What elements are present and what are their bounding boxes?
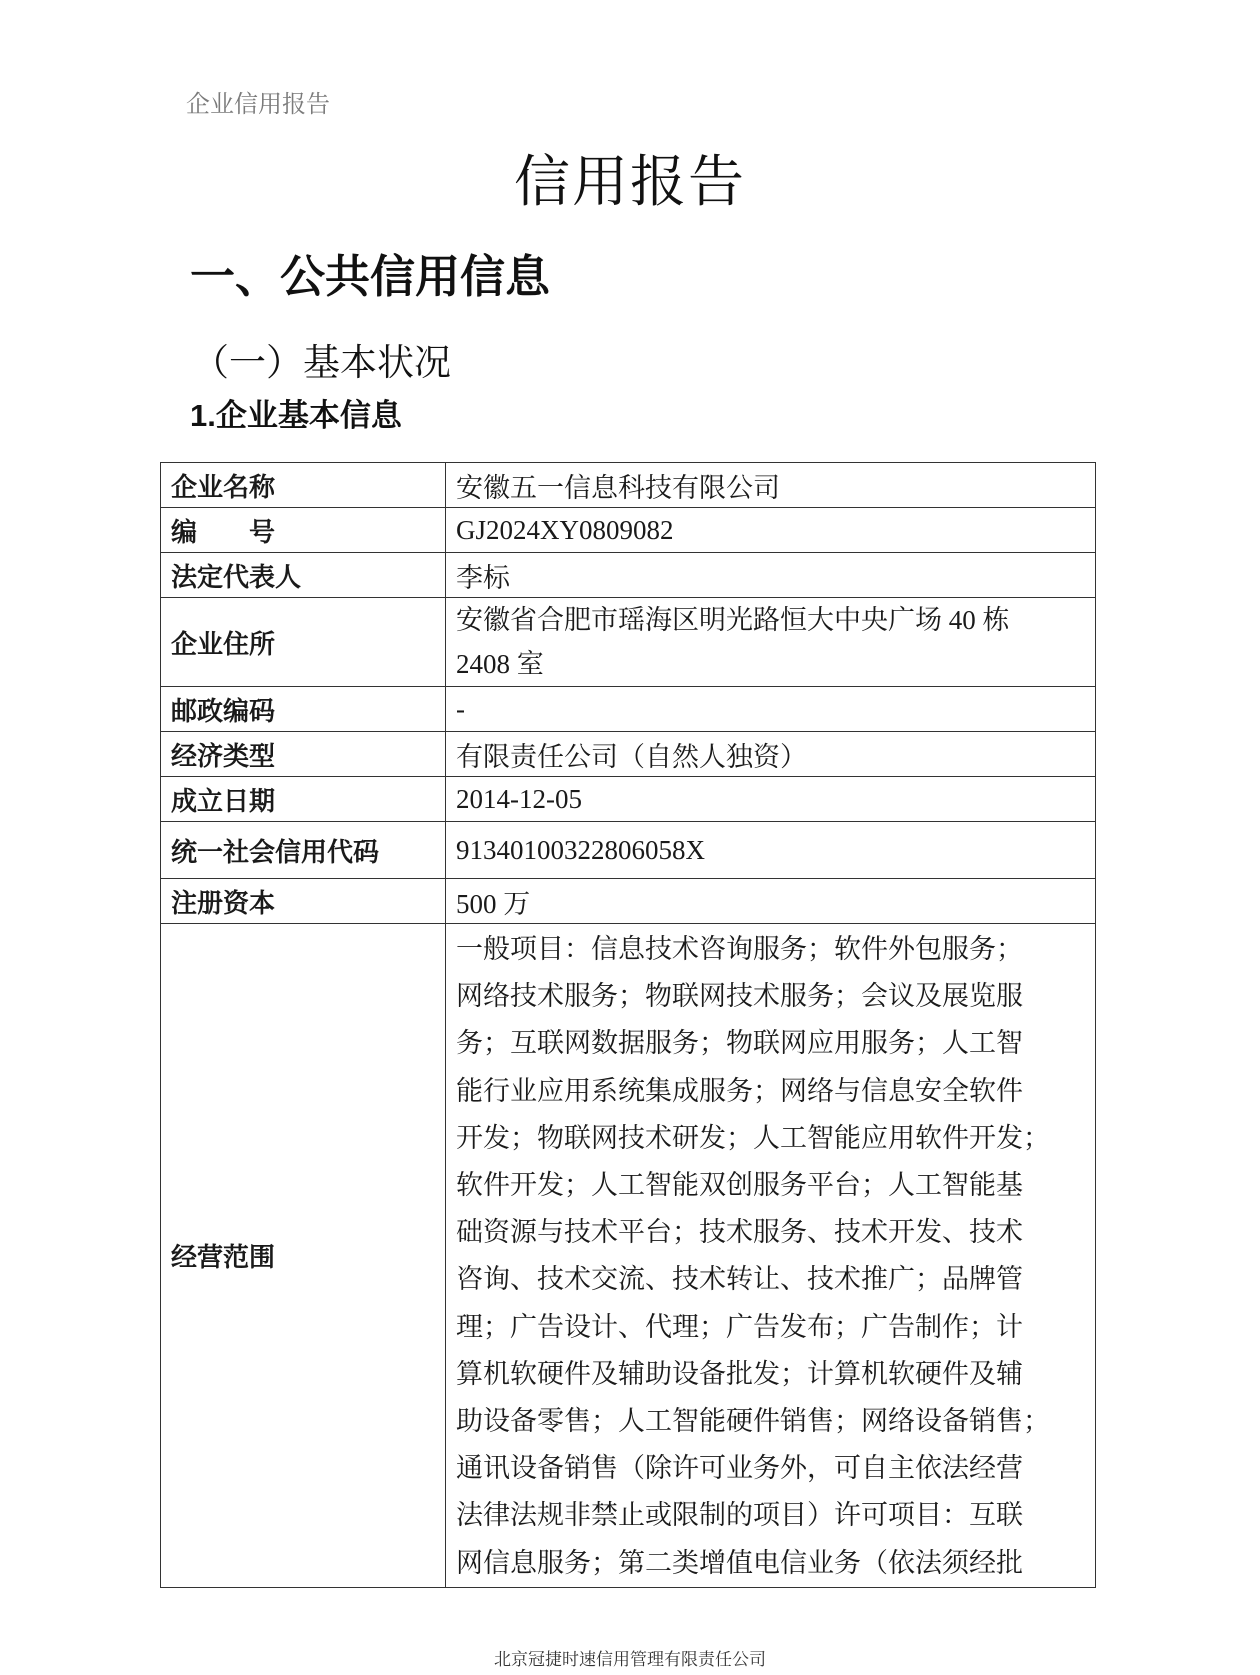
value-business-scope: 一般项目：信息技术咨询服务；软件外包服务； 网络技术服务；物联网技术服务；会议及… (446, 924, 1096, 1588)
value-postal-code: - (446, 687, 1096, 732)
page-header: 企业信用报告 (186, 84, 330, 119)
label-legal-representative: 法定代表人 (161, 553, 446, 598)
value-credit-code: 91340100322806058X (446, 822, 1096, 879)
scope-line: 网络技术服务；物联网技术服务；会议及展览服 (456, 973, 1085, 1020)
label-economic-type: 经济类型 (161, 732, 446, 777)
value-establishment-date: 2014-12-05 (446, 777, 1096, 822)
page-footer-issuer: 北京冠捷时速信用管理有限责任公司 (0, 1645, 1260, 1670)
scope-line: 务；互联网数据服务；物联网应用服务；人工智 (456, 1020, 1085, 1067)
subsection-heading-enterprise-info: 1.企业基本信息 (190, 390, 402, 435)
address-line: 2408 室 (456, 642, 1085, 686)
label-company-name: 企业名称 (161, 463, 446, 508)
label-credit-code: 统一社会信用代码 (161, 822, 446, 879)
document-title: 信用报告 (0, 138, 1260, 218)
enterprise-info-table: 企业名称 安徽五一信息科技有限公司 编号 GJ2024XY0809082 法定代… (160, 462, 1096, 1588)
table-row-registered-capital: 注册资本 500 万 (161, 879, 1096, 924)
scope-line: 算机软硬件及辅助设备批发；计算机软硬件及辅 (456, 1351, 1085, 1398)
label-address: 企业住所 (161, 598, 446, 687)
scope-line: 法律法规非禁止或限制的项目）许可项目：互联 (456, 1492, 1085, 1539)
table-row-establishment-date: 成立日期 2014-12-05 (161, 777, 1096, 822)
value-registered-capital: 500 万 (446, 879, 1096, 924)
label-report-number-part-b: 号 (249, 518, 275, 548)
value-company-name: 安徽五一信息科技有限公司 (446, 463, 1096, 508)
scope-line: 网信息服务；第二类增值电信业务（依法须经批 (456, 1540, 1085, 1587)
subsection-heading-basic-status: （一）基本状况 (192, 332, 451, 386)
scope-line: 软件开发；人工智能双创服务平台；人工智能基 (456, 1162, 1085, 1209)
value-legal-representative: 李标 (446, 553, 1096, 598)
label-registered-capital: 注册资本 (161, 879, 446, 924)
table-row-business-scope: 经营范围 一般项目：信息技术咨询服务；软件外包服务； 网络技术服务；物联网技术服… (161, 924, 1096, 1588)
scope-line: 开发；物联网技术研发；人工智能应用软件开发； (456, 1115, 1085, 1162)
table-row-address: 企业住所 安徽省合肥市瑶海区明光路恒大中央广场 40 栋 2408 室 (161, 598, 1096, 687)
label-business-scope: 经营范围 (161, 924, 446, 1588)
scope-line: 理；广告设计、代理；广告发布；广告制作；计 (456, 1304, 1085, 1351)
label-establishment-date: 成立日期 (161, 777, 446, 822)
table-row-economic-type: 经济类型 有限责任公司（自然人独资） (161, 732, 1096, 777)
table-row-legal-representative: 法定代表人 李标 (161, 553, 1096, 598)
scope-line: 一般项目：信息技术咨询服务；软件外包服务； (456, 926, 1085, 973)
table-row-company-name: 企业名称 安徽五一信息科技有限公司 (161, 463, 1096, 508)
scope-line: 能行业应用系统集成服务；网络与信息安全软件 (456, 1068, 1085, 1115)
value-report-number: GJ2024XY0809082 (446, 508, 1096, 553)
label-report-number-part-a: 编 (171, 518, 197, 548)
scope-line: 通讯设备销售（除许可业务外，可自主依法经营 (456, 1445, 1085, 1492)
address-line: 安徽省合肥市瑶海区明光路恒大中央广场 40 栋 (456, 598, 1085, 642)
label-postal-code: 邮政编码 (161, 687, 446, 732)
section-heading-public-credit: 一、公共信用信息 (190, 240, 550, 305)
value-address: 安徽省合肥市瑶海区明光路恒大中央广场 40 栋 2408 室 (446, 598, 1096, 687)
table-row-postal-code: 邮政编码 - (161, 687, 1096, 732)
table-row-credit-code: 统一社会信用代码 91340100322806058X (161, 822, 1096, 879)
value-economic-type: 有限责任公司（自然人独资） (446, 732, 1096, 777)
scope-line: 础资源与技术平台；技术服务、技术开发、技术 (456, 1209, 1085, 1256)
label-report-number: 编号 (161, 508, 446, 553)
scope-line: 助设备零售；人工智能硬件销售；网络设备销售； (456, 1398, 1085, 1445)
scope-line: 咨询、技术交流、技术转让、技术推广；品牌管 (456, 1256, 1085, 1303)
table-row-report-number: 编号 GJ2024XY0809082 (161, 508, 1096, 553)
